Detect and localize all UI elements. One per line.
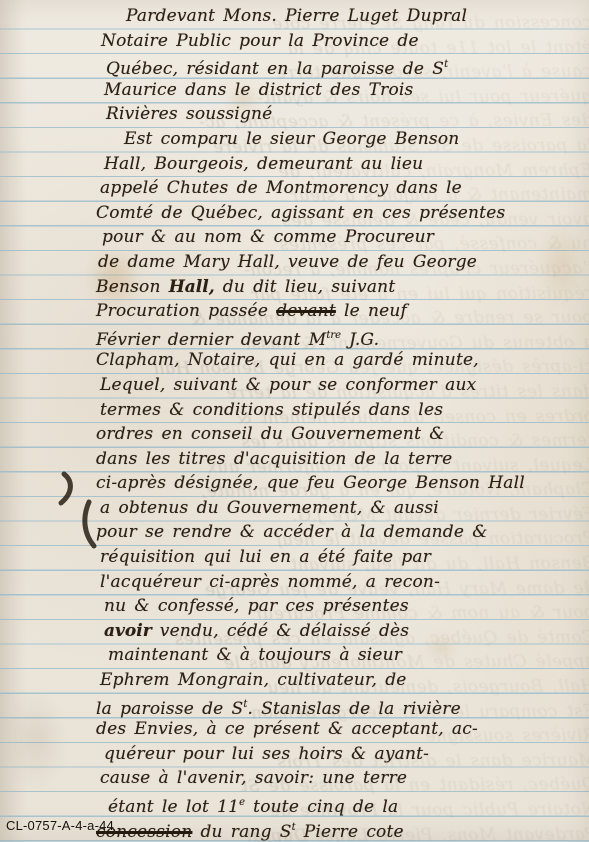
manuscript-line: avoir vendu, cédé & délaissé dès — [96, 619, 582, 644]
manuscript-line: ci-après désignée, que feu George Benson… — [96, 471, 582, 496]
manuscript-line: des Envies, à ce présent & acceptant, ac… — [96, 717, 582, 742]
manuscript-line: Comté de Québec, agissant en ces présent… — [96, 201, 582, 226]
manuscript-line: Québec, résidant en la paroisse de St — [96, 53, 582, 78]
manuscript-line: l'acquéreur ci-après nommé, a recon- — [96, 570, 582, 595]
manuscript-line: Notaire Public pour la Province de — [96, 29, 582, 54]
manuscript-line: appelé Chutes de Montmorency dans le — [96, 176, 582, 201]
manuscript-line: dans les titres d'acquisition de la terr… — [96, 447, 582, 472]
manuscript-line: termes & conditions stipulés dans les — [96, 398, 582, 423]
manuscript-line: Est comparu le sieur George Benson — [96, 127, 582, 152]
manuscript-line: Lequel, suivant & pour se conformer aux — [96, 373, 582, 398]
manuscript-line: Benson Hall, du dit lieu, suivant — [96, 275, 582, 300]
manuscript-line: la paroisse de St. Stanislas de la riviè… — [96, 693, 582, 718]
archival-label: CL-0757-A-4-a-44 — [6, 818, 114, 833]
manuscript-page: concession du rang St Pierre coteétant l… — [0, 0, 589, 842]
manuscript-line: ordres en conseil du Gouvernement & — [96, 422, 582, 447]
manuscript-line: Février dernier devant Mtre J.G. — [96, 324, 582, 349]
manuscript-line: Procuration passée devant le neuf — [96, 299, 582, 324]
manuscript-line: pour se rendre & accéder à la demande & — [96, 520, 582, 545]
manuscript-line: concession du rang St Pierre cote — [96, 816, 582, 841]
manuscript-line: Clapham, Notaire, qui en a gardé minute, — [96, 348, 582, 373]
manuscript-line: de dame Mary Hall, veuve de feu George — [96, 250, 582, 275]
manuscript-line: nu & confessé, par ces présentes — [96, 594, 582, 619]
manuscript-line: Hall, Bourgeois, demeurant au lieu — [96, 152, 582, 177]
manuscript-line: quéreur pour lui ses hoirs & ayant- — [96, 742, 582, 767]
manuscript-text: Pardevant Mons. Pierre Luget DupralNotai… — [96, 4, 582, 840]
manuscript-line: Rivières soussigné — [96, 102, 582, 127]
manuscript-line: Pardevant Mons. Pierre Luget Dupral — [96, 4, 582, 29]
manuscript-line: étant le lot 11e toute cinq de la — [96, 791, 582, 816]
manuscript-line: maintenant & à toujours à sieur — [96, 643, 582, 668]
manuscript-line: réquisition qui lui en a été faite par — [96, 545, 582, 570]
manuscript-line: a obtenus du Gouvernement, & aussi — [96, 496, 582, 521]
manuscript-line: Ephrem Mongrain, cultivateur, de — [96, 668, 582, 693]
manuscript-line: cause à l'avenir, savoir: une terre — [96, 766, 582, 791]
manuscript-line: pour & au nom & comme Procureur — [96, 225, 582, 250]
manuscript-line: Maurice dans le district des Trois — [96, 78, 582, 103]
